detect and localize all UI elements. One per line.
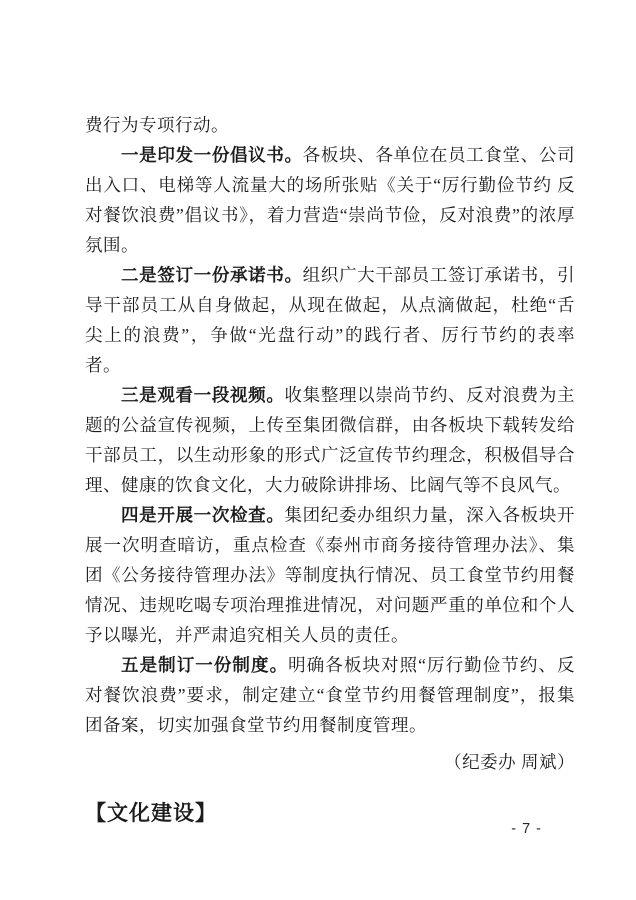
paragraph-measure-5: 五是制订一份制度。明确各板块对照“厉行勤俭节约、反对餐饮浪费”要求，制定建立“食… bbox=[85, 650, 575, 740]
paragraph-measure-3: 三是观看一段视频。收集整理以崇尚节约、反对浪费为主题的公益宣传视频，上传至集团微… bbox=[85, 380, 575, 500]
paragraph-continuation: 费行为专项行动。 bbox=[85, 110, 575, 140]
paragraph-lead: 五是制订一份制度。 bbox=[121, 655, 288, 675]
paragraph-measure-1: 一是印发一份倡议书。各板块、各单位在员工食堂、公司出入口、电梯等人流量大的场所张… bbox=[85, 140, 575, 260]
document-page: 费行为专项行动。 一是印发一份倡议书。各板块、各单位在员工食堂、公司出入口、电梯… bbox=[0, 0, 636, 900]
paragraph-body: 集团纪委办组织力量，深入各板块开展一次明查暗访，重点检查《泰州市商务接待管理办法… bbox=[85, 505, 575, 645]
paragraph-lead: 二是签订一份承诺书。 bbox=[121, 265, 303, 285]
section-heading: 【文化建设】 bbox=[85, 799, 575, 829]
paragraph-measure-2: 二是签订一份承诺书。组织广大干部员工签订承诺书，引导干部员工从自身做起，从现在做… bbox=[85, 260, 575, 380]
page-number: - 7 - bbox=[511, 820, 542, 838]
paragraph-lead: 三是观看一段视频。 bbox=[121, 385, 285, 405]
paragraph-measure-4: 四是开展一次检查。集团纪委办组织力量，深入各板块开展一次明查暗访，重点检查《泰州… bbox=[85, 500, 575, 650]
paragraph-lead: 四是开展一次检查。 bbox=[121, 505, 285, 525]
text-block: 费行为专项行动。 一是印发一份倡议书。各板块、各单位在员工食堂、公司出入口、电梯… bbox=[85, 110, 575, 829]
signature: （纪委办 周斌） bbox=[85, 747, 575, 777]
paragraph-lead: 一是印发一份倡议书。 bbox=[121, 145, 303, 165]
